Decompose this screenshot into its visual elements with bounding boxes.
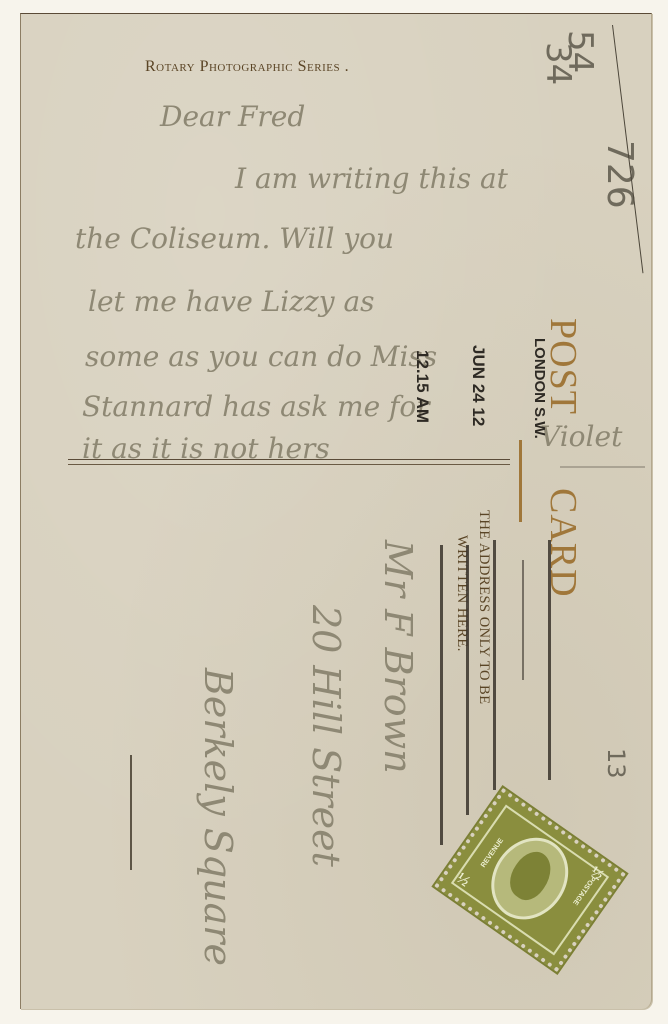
address-line-2: 20 Hill Street	[304, 605, 348, 867]
pencil-note-13: 13	[602, 748, 630, 779]
postmark-office: LONDON S.W.	[531, 338, 548, 439]
pencil-note-34: 34	[538, 42, 578, 85]
cancellation-line	[466, 545, 469, 815]
postmark-date: JUN 24 12	[468, 345, 488, 426]
divider-line	[68, 459, 510, 460]
message-line-3: let me have Lizzy as	[88, 285, 375, 318]
king-portrait-icon	[502, 845, 560, 907]
message-signature: Violet	[540, 420, 622, 453]
stamp-body: POSTAGE REVENUE ½ ½	[434, 788, 626, 972]
publisher-header: Rotary Photographic Series .	[145, 58, 349, 76]
message-line-6: it as it is not hers	[82, 432, 330, 465]
postage-stamp: POSTAGE REVENUE ½ ½	[425, 790, 625, 985]
divider-line	[68, 464, 510, 465]
address-line-3: Berkely Square	[196, 668, 240, 966]
cancellation-line	[548, 540, 551, 780]
pencil-underline	[560, 466, 645, 468]
postmark-time: 12.15 AM	[412, 350, 432, 423]
message-line-5: Stannard has ask me for	[82, 390, 430, 423]
cancellation-line	[493, 540, 496, 790]
message-salutation: Dear Fred	[160, 100, 305, 133]
message-line-2: the Coliseum. Will you	[75, 222, 394, 255]
printed-divider-bar	[519, 440, 522, 522]
address-line-1: Mr F Brown	[376, 540, 420, 774]
message-line-4: some as you can do Miss	[85, 340, 437, 373]
address-underline	[130, 755, 132, 870]
message-line-1: I am writing this at	[235, 162, 508, 195]
cancellation-line	[522, 560, 524, 680]
address-notice-line-1: THE ADDRESS ONLY TO BE	[475, 510, 492, 705]
